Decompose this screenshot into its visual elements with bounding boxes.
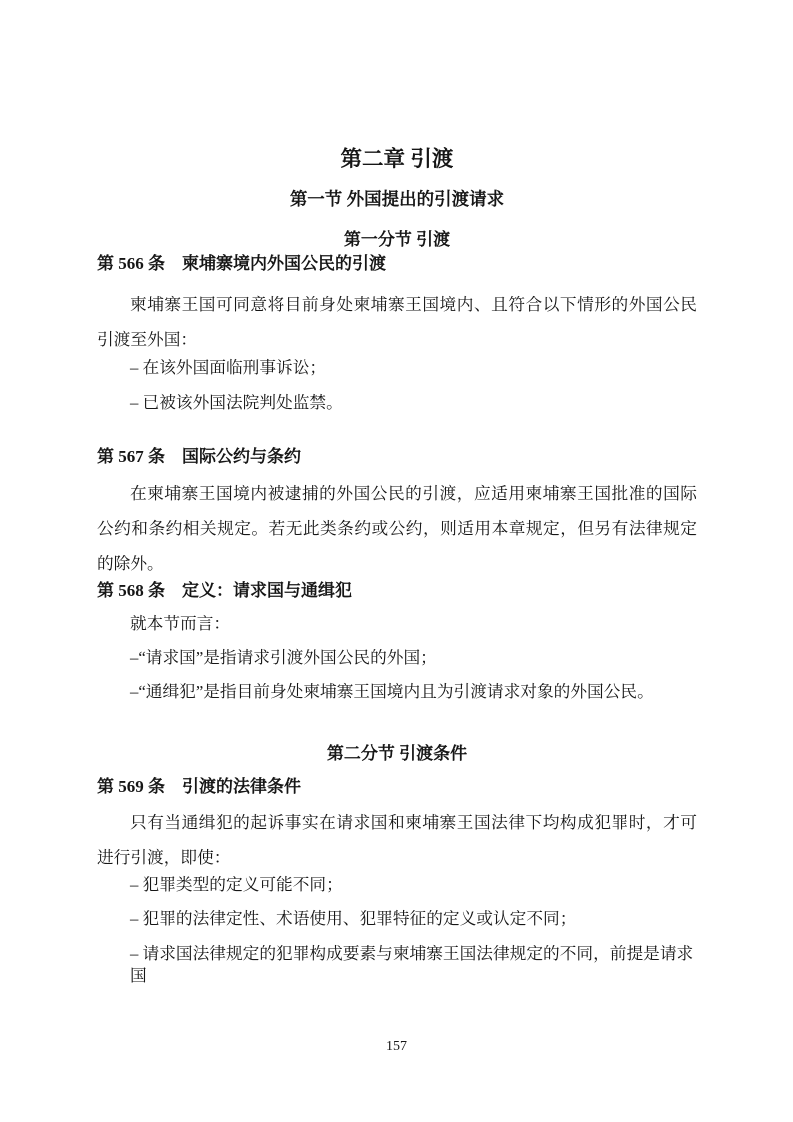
document-page: 第二章 引渡 第一节 外国提出的引渡请求 第一分节 引渡 第 566 条 柬埔寨…	[0, 0, 793, 1122]
article-569-item: – 犯罪类型的定义可能不同；	[97, 874, 697, 896]
subsection-1-heading: 第一分节 引渡	[97, 229, 697, 251]
article-569-item: – 请求国法律规定的犯罪构成要素与柬埔寨王国法律规定的不同，前提是请求国	[97, 943, 697, 987]
article-569-heading: 第 569 条 引渡的法律条件	[97, 776, 697, 798]
article-569-item: – 犯罪的法律定性、术语使用、犯罪特征的定义或认定不同；	[97, 908, 697, 930]
chapter-heading: 第二章 引渡	[97, 146, 697, 172]
article-568-item: –“请求国”是指请求引渡外国公民的外国；	[97, 647, 697, 669]
article-566-paragraph: 柬埔寨王国可同意将目前身处柬埔寨王国境内、且符合以下情形的外国公民引渡至外国：	[97, 287, 697, 357]
article-566-heading: 第 566 条 柬埔寨境内外国公民的引渡	[97, 253, 697, 275]
article-568-item: –“通缉犯”是指目前身处柬埔寨王国境内且为引渡请求对象的外国公民。	[97, 681, 697, 703]
article-566-item: – 在该外国面临刑事诉讼；	[97, 357, 697, 379]
article-566-item: – 已被该外国法院判处监禁。	[97, 392, 697, 414]
subsection-2-heading: 第二分节 引渡条件	[97, 743, 697, 765]
article-568-intro: 就本节而言：	[97, 613, 697, 635]
page-number: 157	[0, 1038, 793, 1056]
section-heading: 第一节 外国提出的引渡请求	[97, 188, 697, 210]
article-567-paragraph: 在柬埔寨王国境内被逮捕的外国公民的引渡，应适用柬埔寨王国批准的国际公约和条约相关…	[97, 476, 697, 581]
article-567-heading: 第 567 条 国际公约与条约	[97, 446, 697, 468]
article-569-paragraph: 只有当通缉犯的起诉事实在请求国和柬埔寨王国法律下均构成犯罪时，才可进行引渡，即使…	[97, 805, 697, 875]
article-568-heading: 第 568 条 定义：请求国与通缉犯	[97, 580, 697, 602]
